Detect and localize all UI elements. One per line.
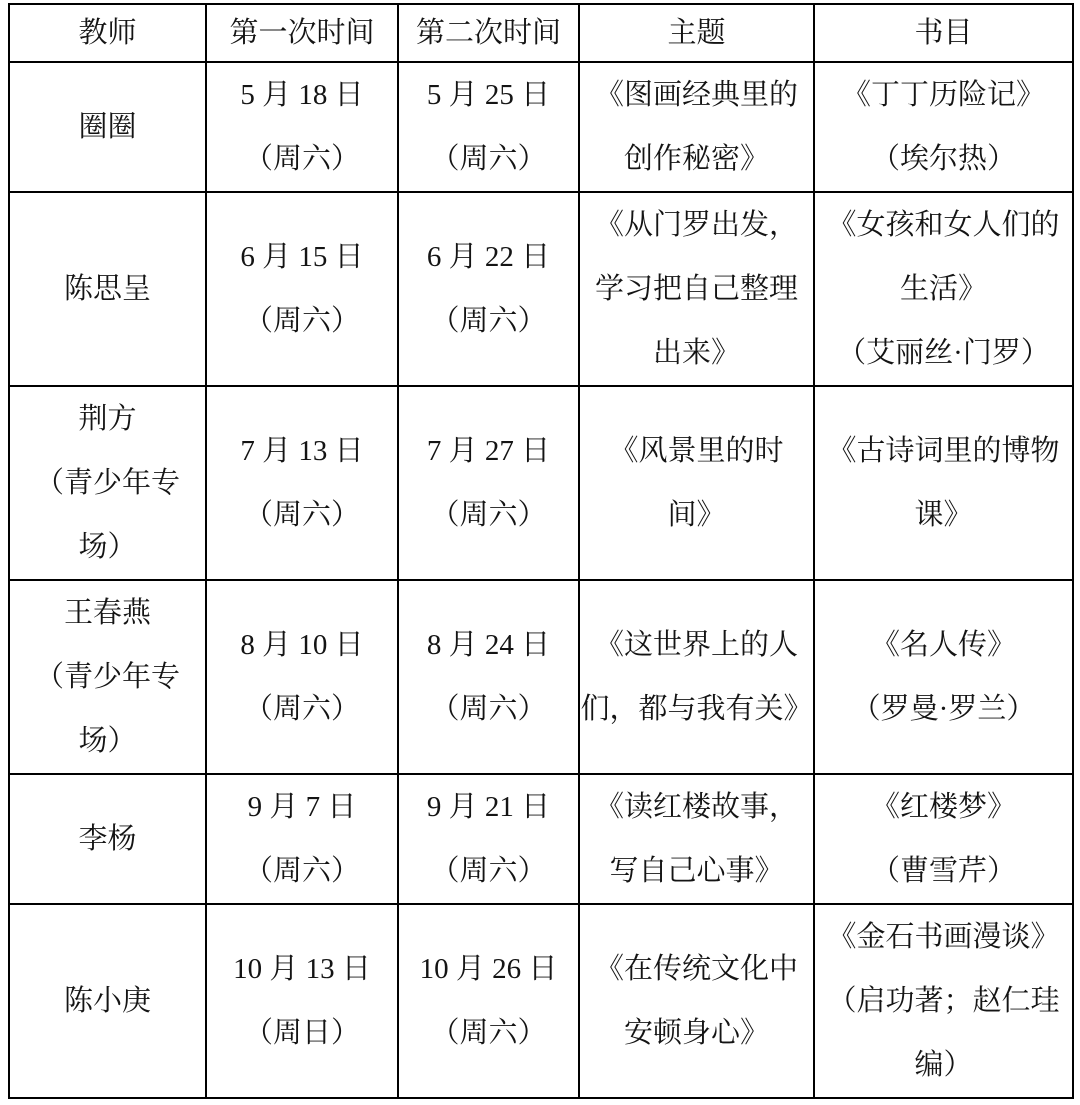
cell-time1: 7 月 13 日（周六） [206, 386, 398, 580]
cell-topic: 《在传统文化中安顿身心》 [579, 904, 814, 1098]
cell-books: 《名人传》（罗曼·罗兰） [814, 580, 1073, 774]
column-header-time2: 第二次时间 [398, 4, 579, 62]
cell-time2: 7 月 27 日（周六） [398, 386, 579, 580]
cell-books: 《女孩和女人们的生活》（艾丽丝·门罗） [814, 192, 1073, 386]
cell-topic: 《图画经典里的创作秘密》 [579, 62, 814, 192]
cell-line: 场） [10, 709, 205, 773]
cell-line: 5 月 18 日 [207, 63, 397, 127]
cell-line: 9 月 7 日 [207, 775, 397, 839]
cell-topic: 《风景里的时间》 [579, 386, 814, 580]
cell-line: （青少年专 [10, 645, 205, 709]
cell-line: 写自己心事》 [580, 839, 813, 903]
cell-line: 《在传统文化中 [580, 937, 813, 1001]
column-header-time1: 第一次时间 [206, 4, 398, 62]
cell-line: （周六） [207, 839, 397, 903]
cell-line: 李杨 [10, 807, 205, 871]
cell-line: 《红楼梦》 [815, 775, 1072, 839]
column-header-books: 书目 [814, 4, 1073, 62]
cell-line: 10 月 13 日 [207, 937, 397, 1001]
cell-line: 10 月 26 日 [399, 937, 578, 1001]
cell-line: 6 月 15 日 [207, 225, 397, 289]
cell-books: 《古诗词里的博物课》 [814, 386, 1073, 580]
cell-line: （埃尔热） [815, 127, 1072, 191]
cell-line: 们，都与我有关》 [580, 677, 813, 741]
table-row: 陈小庚10 月 13 日（周日）10 月 26 日（周六）《在传统文化中安顿身心… [9, 904, 1073, 1098]
cell-line: 《从门罗出发， [580, 193, 813, 257]
cell-teacher: 圈圈 [9, 62, 206, 192]
table-row: 李杨9 月 7 日（周六）9 月 21 日（周六）《读红楼故事，写自己心事》《红… [9, 774, 1073, 904]
cell-books: 《丁丁历险记》（埃尔热） [814, 62, 1073, 192]
cell-line: 生活》 [815, 257, 1072, 321]
cell-line: 《图画经典里的 [580, 63, 813, 127]
cell-line: 《名人传》 [815, 613, 1072, 677]
cell-line: 编） [815, 1033, 1072, 1097]
cell-teacher: 荆方（青少年专场） [9, 386, 206, 580]
cell-teacher: 陈思呈 [9, 192, 206, 386]
header-row: 教师第一次时间第二次时间主题书目 [9, 4, 1073, 62]
cell-line: 《金石书画漫谈》 [815, 905, 1072, 969]
cell-line: 间》 [580, 483, 813, 547]
cell-time2: 5 月 25 日（周六） [398, 62, 579, 192]
cell-line: 出来》 [580, 321, 813, 385]
column-header-teacher: 教师 [9, 4, 206, 62]
cell-line: 9 月 21 日 [399, 775, 578, 839]
cell-teacher: 陈小庚 [9, 904, 206, 1098]
cell-time2: 6 月 22 日（周六） [398, 192, 579, 386]
table-row: 王春燕（青少年专场）8 月 10 日（周六）8 月 24 日（周六）《这世界上的… [9, 580, 1073, 774]
cell-line: 荆方 [10, 387, 205, 451]
cell-topic: 《从门罗出发，学习把自己整理出来》 [579, 192, 814, 386]
cell-time2: 10 月 26 日（周六） [398, 904, 579, 1098]
cell-line: 《丁丁历险记》 [815, 63, 1072, 127]
cell-line: （周六） [207, 483, 397, 547]
cell-line: 陈思呈 [10, 257, 205, 321]
cell-line: 陈小庚 [10, 969, 205, 1033]
cell-line: 学习把自己整理 [580, 257, 813, 321]
cell-line: （周六） [207, 289, 397, 353]
cell-line: （青少年专 [10, 451, 205, 515]
cell-line: 课》 [815, 483, 1072, 547]
cell-time2: 9 月 21 日（周六） [398, 774, 579, 904]
cell-line: 8 月 24 日 [399, 613, 578, 677]
table-row: 荆方（青少年专场）7 月 13 日（周六）7 月 27 日（周六）《风景里的时间… [9, 386, 1073, 580]
document-page: 教师第一次时间第二次时间主题书目 圈圈5 月 18 日（周六）5 月 25 日（… [0, 0, 1080, 1105]
cell-line: 《风景里的时 [580, 419, 813, 483]
cell-teacher: 李杨 [9, 774, 206, 904]
column-header-topic: 主题 [579, 4, 814, 62]
cell-line: 7 月 13 日 [207, 419, 397, 483]
cell-time1: 8 月 10 日（周六） [206, 580, 398, 774]
cell-line: 圈圈 [10, 95, 205, 159]
cell-line: 5 月 25 日 [399, 63, 578, 127]
cell-line: （周六） [399, 677, 578, 741]
cell-line: 《古诗词里的博物 [815, 419, 1072, 483]
cell-line: （艾丽丝·门罗） [815, 321, 1072, 385]
cell-line: （周六） [399, 1001, 578, 1065]
cell-line: 《女孩和女人们的 [815, 193, 1072, 257]
cell-line: 8 月 10 日 [207, 613, 397, 677]
cell-line: 《读红楼故事， [580, 775, 813, 839]
cell-line: 《这世界上的人 [580, 613, 813, 677]
cell-books: 《金石书画漫谈》（启功著；赵仁珪编） [814, 904, 1073, 1098]
cell-time1: 6 月 15 日（周六） [206, 192, 398, 386]
cell-time1: 5 月 18 日（周六） [206, 62, 398, 192]
cell-topic: 《这世界上的人们，都与我有关》 [579, 580, 814, 774]
cell-line: 场） [10, 515, 205, 579]
cell-line: （周日） [207, 1001, 397, 1065]
cell-line: （周六） [399, 483, 578, 547]
cell-line: 7 月 27 日 [399, 419, 578, 483]
cell-line: 安顿身心》 [580, 1001, 813, 1065]
table-row: 圈圈5 月 18 日（周六）5 月 25 日（周六）《图画经典里的创作秘密》《丁… [9, 62, 1073, 192]
schedule-table: 教师第一次时间第二次时间主题书目 圈圈5 月 18 日（周六）5 月 25 日（… [8, 3, 1074, 1099]
cell-line: （周六） [399, 289, 578, 353]
cell-time1: 10 月 13 日（周日） [206, 904, 398, 1098]
cell-time1: 9 月 7 日（周六） [206, 774, 398, 904]
table-row: 陈思呈6 月 15 日（周六）6 月 22 日（周六）《从门罗出发，学习把自己整… [9, 192, 1073, 386]
cell-line: （周六） [399, 127, 578, 191]
cell-line: （周六） [207, 677, 397, 741]
cell-line: 王春燕 [10, 581, 205, 645]
cell-line: 6 月 22 日 [399, 225, 578, 289]
cell-line: 创作秘密》 [580, 127, 813, 191]
cell-teacher: 王春燕（青少年专场） [9, 580, 206, 774]
cell-books: 《红楼梦》（曹雪芹） [814, 774, 1073, 904]
cell-time2: 8 月 24 日（周六） [398, 580, 579, 774]
cell-line: （曹雪芹） [815, 839, 1072, 903]
table-body: 圈圈5 月 18 日（周六）5 月 25 日（周六）《图画经典里的创作秘密》《丁… [9, 62, 1073, 1098]
cell-topic: 《读红楼故事，写自己心事》 [579, 774, 814, 904]
cell-line: （罗曼·罗兰） [815, 677, 1072, 741]
cell-line: （周六） [399, 839, 578, 903]
cell-line: （启功著；赵仁珪 [815, 969, 1072, 1033]
cell-line: （周六） [207, 127, 397, 191]
